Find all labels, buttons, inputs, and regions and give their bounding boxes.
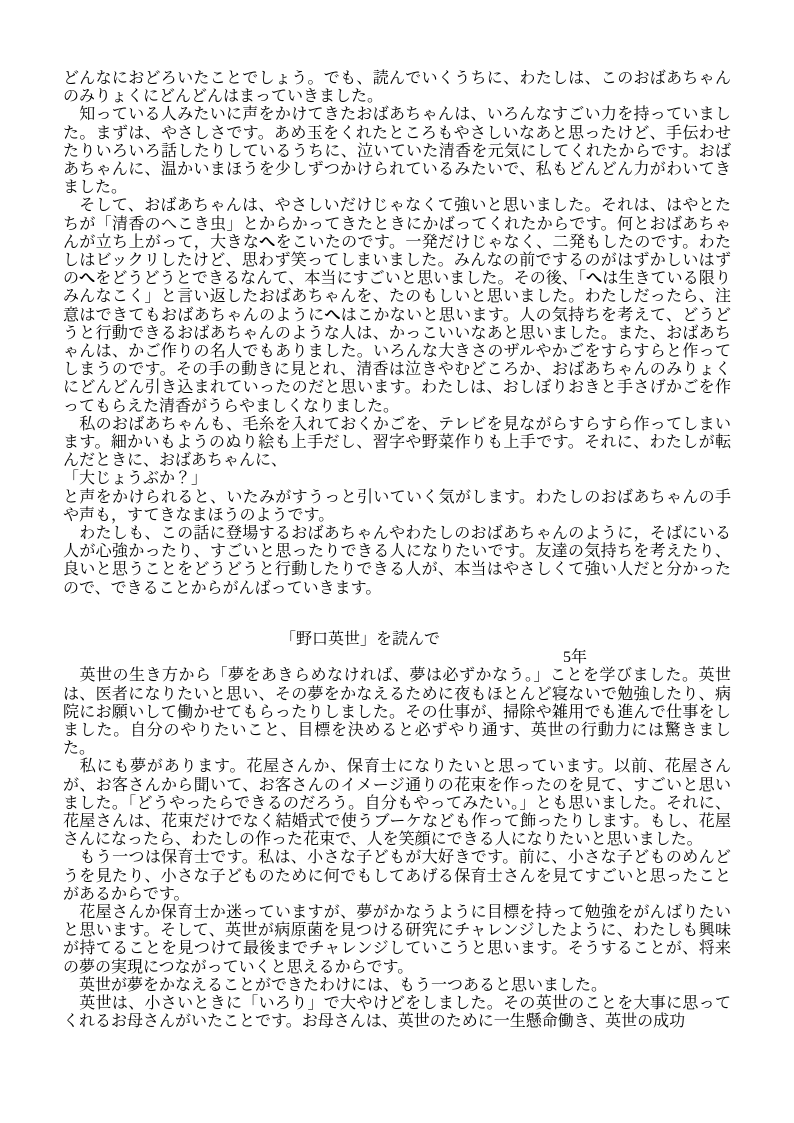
paragraph: 私にも夢があります。花屋さんか、保育士になりたいと思っています。以前、花屋さんが… — [63, 758, 731, 849]
paragraph: そして、おばあちゃんは、やさしいだけじゃなくて強いと思いました。それは、はやとた… — [63, 197, 731, 415]
essay-noguchi-body: 英世の生き方から「夢をあきらめなければ、夢は必ずかなう。」ことを学びました。英世… — [63, 667, 731, 1031]
paragraph: 私のおばあちゃんも、毛糸を入れておくかごを、テレビを見ながらすらすら作ってしまい… — [63, 416, 731, 471]
paragraph: もう一つは保育士です。私は、小さな子どもが大好きです。前に、小さな子どものめんど… — [63, 849, 731, 904]
text-run: 英世は、小さいときに「いろり」で大やけどをしました。その英世のことを大事に思って… — [63, 995, 731, 1030]
text-run: 英世の生き方から「夢をあきらめなければ、夢は必ずかなう。」ことを学びました。英世… — [63, 667, 731, 757]
paragraph: 知っている人みたいに声をかけてきたおばあちゃんは、いろんなすごい力を持っていまし… — [63, 106, 731, 197]
text-run: 花屋さんか保育士か迷っていますが、夢がかなうように目標を持って勉強をがんばりたい… — [63, 904, 731, 976]
bold-he-character: へ — [259, 234, 275, 251]
paragraph: 花屋さんか保育士か迷っていますが、夢がかなうように目標を持って勉強をがんばりたい… — [63, 904, 731, 977]
paragraph: 英世が夢をかなえることができたわけには、もう一つあると思いました。 — [63, 977, 731, 995]
paragraph: 英世の生き方から「夢をあきらめなければ、夢は必ずかなう。」ことを学びました。英世… — [63, 667, 731, 758]
text-run: 英世が夢をかなえることができたわけには、もう一つあると思いました。 — [63, 977, 607, 994]
text-run: 私にも夢があります。花屋さんか、保育士になりたいと思っています。以前、花屋さんが… — [63, 758, 731, 848]
text-run: 知っている人みたいに声をかけてきたおばあちゃんは、いろんなすごい力を持っていまし… — [63, 106, 731, 196]
text-run: 私のおばあちゃんも、毛糸を入れておくかごを、テレビを見ながらすらすら作ってしまい… — [63, 416, 731, 469]
paragraph: わたしも、この話に登場するおばあちゃんやわたしのおばあちゃんのように，そばにいる… — [63, 525, 731, 598]
document-page: どんなにおどろいたことでしょう。でも、読んでいくうちに、わたしは、このおばあちゃ… — [0, 0, 794, 1123]
section-gap — [63, 598, 731, 631]
text-run: 「大じょうぶか？」 — [63, 470, 207, 487]
text-run: わたしも、この話に登場するおばあちゃんやわたしのおばあちゃんのように，そばにいる… — [63, 525, 731, 597]
paragraph: どんなにおどろいたことでしょう。でも、読んでいくうちに、わたしは、このおばあちゃ… — [63, 70, 731, 106]
text-run: をどうどうとできるなんて、本当にすごいと思いました。その後、「 — [95, 270, 586, 287]
paragraph: 「大じょうぶか？」 — [63, 470, 731, 488]
bold-he-character: へ — [586, 270, 602, 287]
grade-label: 5年 — [63, 649, 731, 667]
text-run: もう一つは保育士です。私は、小さな子どもが大好きです。前に、小さな子どものめんど… — [63, 849, 731, 902]
paragraph: と声をかけられると、いたみがすうっと引いていく気がします。わたしのおばあちゃんの… — [63, 489, 731, 525]
paragraph: 英世は、小さいときに「いろり」で大やけどをしました。その英世のことを大事に思って… — [63, 995, 731, 1031]
bold-he-character: へ — [79, 270, 95, 287]
essay-title: 「野口英世」を読んで — [63, 631, 731, 649]
text-run: と声をかけられると、いたみがすうっと引いていく気がします。わたしのおばあちゃんの… — [63, 489, 731, 524]
text-run: どんなにおどろいたことでしょう。でも、読んでいくうちに、わたしは、このおばあちゃ… — [63, 70, 731, 105]
bold-he-character: へ — [324, 307, 340, 324]
essay-obaachan-body: どんなにおどろいたことでしょう。でも、読んでいくうちに、わたしは、このおばあちゃ… — [63, 70, 731, 598]
